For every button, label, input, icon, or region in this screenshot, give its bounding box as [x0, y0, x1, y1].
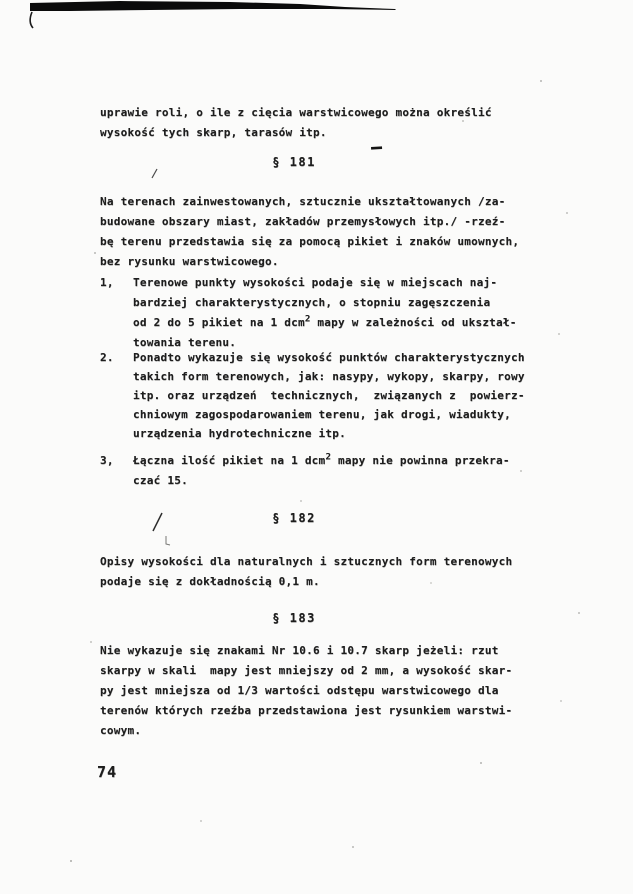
list-item-2: 2. Ponadto wykazuje się wysokość punktów… — [100, 348, 525, 443]
scan-artifact-dash — [371, 146, 382, 149]
scan-artifact-l-mark — [166, 536, 170, 545]
scan-artifact-top-bar — [30, 1, 396, 11]
page-number: 74 — [97, 763, 117, 781]
list-item-text: Terenowe punkty wysokości podaje się w m… — [133, 273, 517, 353]
scan-artifact-hook — [30, 12, 33, 28]
scanned-page: uprawie roli, o ile z cięcia warstwicowe… — [0, 0, 633, 894]
list-item-number: 3, — [100, 451, 133, 471]
list-item-number: 2. — [100, 348, 133, 367]
scan-specks — [0, 0, 2, 2]
list-item-text: Ponadto wykazuje się wysokość punktów ch… — [133, 348, 525, 443]
section-heading-183: § 183 — [78, 611, 510, 625]
paragraph-182: Opisy wysokości dla naturalnych i sztucz… — [100, 552, 512, 592]
intro-paragraph: uprawie roli, o ile z cięcia warstwicowe… — [100, 103, 492, 143]
scan-artifact-tick — [152, 169, 157, 178]
section-heading-181: § 181 — [78, 155, 510, 169]
list-item-1: 1, Terenowe punkty wysokości podaje się … — [100, 273, 517, 353]
list-item-3: 3, Łączna ilość pikiet na 1 dcm2 mapy ni… — [100, 451, 510, 491]
paragraph-181: Na terenach zainwestowanych, sztucznie u… — [100, 192, 519, 272]
list-item-number: 1, — [100, 273, 133, 293]
paragraph-183: Nie wykazuje się znakami Nr 10.6 i 10.7 … — [100, 641, 512, 741]
list-item-text: Łączna ilość pikiet na 1 dcm2 mapy nie p… — [133, 451, 510, 491]
section-heading-182: § 182 — [78, 511, 510, 525]
